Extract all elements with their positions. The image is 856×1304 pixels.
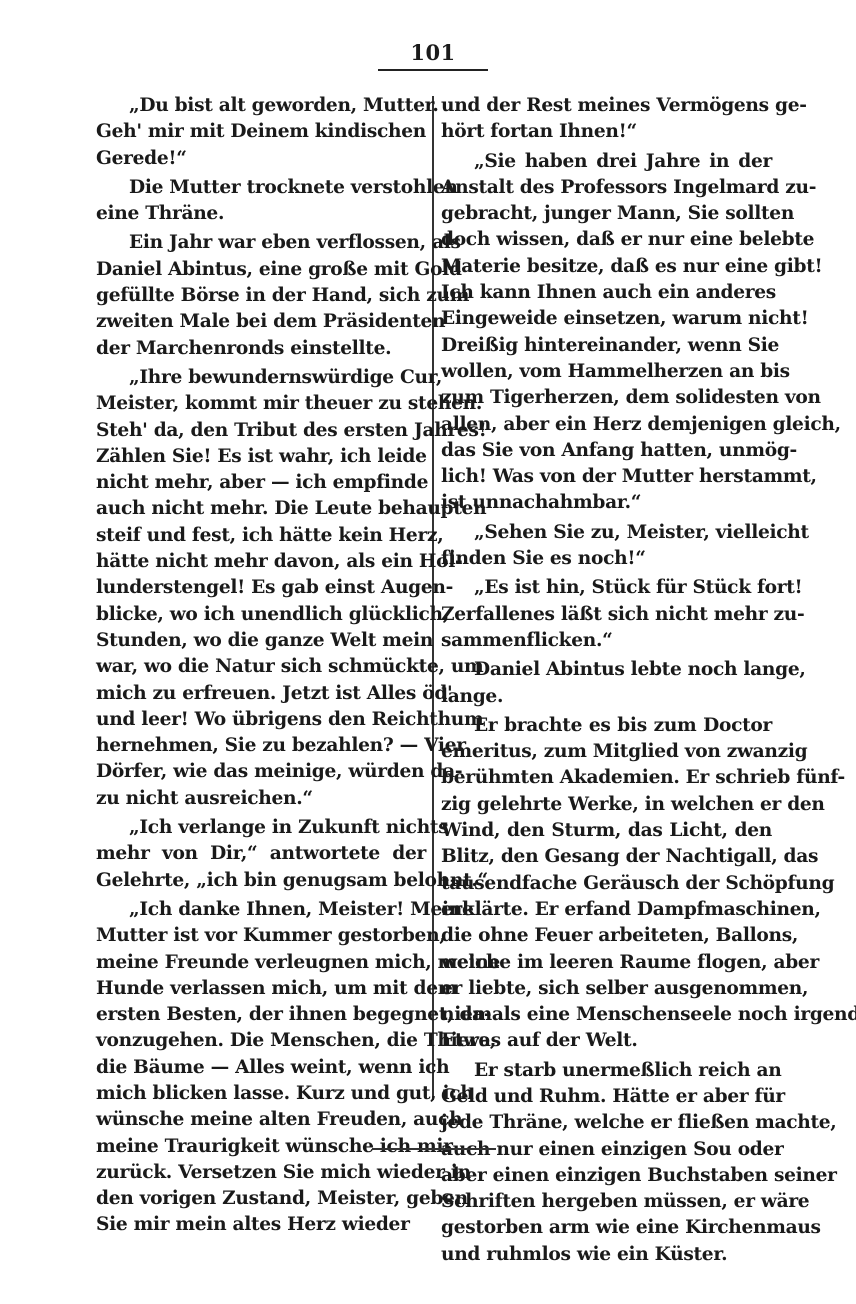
text-line: Er brachte es bis zum Doctor — [441, 713, 772, 739]
text-line: „Du bist alt geworden, Mutter. — [96, 93, 426, 119]
paragraph: „Du bist alt geworden, Mutter.Geh' mir m… — [96, 93, 426, 172]
text-line: den vorigen Zustand, Meister, geben — [96, 1186, 426, 1212]
text-line: wollen, vom Hammelherzen an bis — [441, 359, 772, 385]
header-rule — [378, 69, 488, 71]
text-line: berühmten Akademien. Er schrieb fünf- — [441, 765, 772, 791]
text-line: jede Thräne, welche er fließen machte, — [441, 1110, 772, 1136]
text-line: Ich kann Ihnen auch ein anderes — [441, 280, 772, 306]
text-line: die Bäume — Alles weint, wenn ich — [96, 1055, 426, 1081]
text-line: „Ich danke Ihnen, Meister! Meine — [96, 897, 426, 923]
text-line: ersten Besten, der ihnen begegnet, da- — [96, 1002, 426, 1028]
text-line: meine Freunde verleugnen mich, meine — [96, 950, 426, 976]
text-line: blicke, wo ich unendlich glücklich, — [96, 602, 426, 628]
text-line: Er starb unermeßlich reich an — [441, 1058, 772, 1084]
text-line: emeritus, zum Mitglied von zwanzig — [441, 739, 772, 765]
text-line: Dörfer, wie das meinige, würden da- — [96, 759, 426, 785]
paragraph: „Ich verlange in Zukunft nichtsmehr von … — [96, 815, 426, 894]
text-line: er liebte, sich selber ausgenommen, — [441, 976, 772, 1002]
text-line: mich blicken lasse. Kurz und gut, ich — [96, 1081, 426, 1107]
text-line: Geh' mir mit Deinem kindischen — [96, 119, 426, 145]
text-line: „Sehen Sie zu, Meister, vielleicht — [441, 520, 772, 546]
text-line: finden Sie es noch!“ — [441, 546, 772, 572]
text-line: gestorben arm wie eine Kirchenmaus — [441, 1215, 772, 1241]
text-line: war, wo die Natur sich schmückte, um — [96, 654, 426, 680]
paragraph: Ein Jahr war eben verflossen, alsDaniel … — [96, 230, 426, 361]
text-line: Zerfallenes läßt sich nicht mehr zu- — [441, 602, 772, 628]
text-line: Etwas auf der Welt. — [441, 1028, 772, 1054]
text-line: tausendfache Geräusch der Schöpfung — [441, 871, 772, 897]
text-line: Wind, den Sturm, das Licht, den — [441, 818, 772, 844]
text-line: zu nicht ausreichen.“ — [96, 786, 426, 812]
paragraph: „Sehen Sie zu, Meister, vielleichtfinden… — [441, 520, 772, 573]
text-line: gebracht, junger Mann, Sie sollten — [441, 201, 772, 227]
text-line: hätte nicht mehr davon, als ein Hol- — [96, 549, 426, 575]
text-line: nicht mehr, aber — ich empfinde — [96, 470, 426, 496]
paragraph: Er brachte es bis zum Doctoremeritus, zu… — [441, 713, 772, 1055]
text-line: welche im leeren Raume flogen, aber — [441, 950, 772, 976]
paragraph: „Sie haben drei Jahre in derAnstalt des … — [441, 149, 772, 517]
text-line: eine Thräne. — [96, 201, 426, 227]
paragraph: „Ihre bewundernswürdige Cur,Meister, kom… — [96, 365, 426, 812]
text-line: Steh' da, den Tribut des ersten Jahres! — [96, 418, 426, 444]
page-number: 101 — [378, 40, 488, 65]
text-line: zurück. Versetzen Sie mich wieder in — [96, 1160, 426, 1186]
text-line: erklärte. Er erfand Dampfmaschinen, — [441, 897, 772, 923]
text-line: Schriften hergeben müssen, er wäre — [441, 1189, 772, 1215]
text-line: mehr von Dir,“ antwortete der — [96, 841, 426, 867]
text-line: und ruhmlos wie ein Küster. — [441, 1242, 772, 1268]
text-line: „Ihre bewundernswürdige Cur, — [96, 365, 426, 391]
text-line: Mutter ist vor Kummer gestorben, — [96, 923, 426, 949]
paragraph: „Es ist hin, Stück für Stück fort!Zerfal… — [441, 575, 772, 654]
paragraph: „Ich danke Ihnen, Meister! MeineMutter i… — [96, 897, 426, 1239]
text-line: Daniel Abintus lebte noch lange, — [441, 657, 772, 683]
text-line: und leer! Wo übrigens den Reichthum — [96, 707, 426, 733]
text-line: vonzugehen. Die Menschen, die Thiere, — [96, 1028, 426, 1054]
text-line: lich! Was von der Mutter herstammt, — [441, 464, 772, 490]
end-rule — [372, 1148, 496, 1150]
text-line: meine Traurigkeit wünsche ich mir — [96, 1134, 426, 1160]
text-line: Meister, kommt mir theuer zu stehen. — [96, 391, 426, 417]
text-line: sammenflicken.“ — [441, 628, 772, 654]
text-line: steif und fest, ich hätte kein Herz, — [96, 523, 426, 549]
text-line: zweiten Male bei dem Präsidenten — [96, 309, 426, 335]
text-line: das Sie von Anfang hatten, unmög- — [441, 438, 772, 464]
text-line: zum Tigerherzen, dem solidesten von — [441, 385, 772, 411]
text-line: aber einen einzigen Buchstaben seiner — [441, 1163, 772, 1189]
text-line: Eingeweide einsetzen, warum nicht! — [441, 306, 772, 332]
paragraph: und der Rest meines Vermögens ge-hört fo… — [441, 93, 772, 146]
text-line: doch wissen, daß er nur eine belebte — [441, 227, 772, 253]
paragraph: Daniel Abintus lebte noch lange,lange. — [441, 657, 772, 710]
right-column: und der Rest meines Vermögens ge-hört fo… — [441, 93, 772, 1271]
text-line: und der Rest meines Vermögens ge- — [441, 93, 772, 119]
text-line: mich zu erfreuen. Jetzt ist Alles öd' — [96, 681, 426, 707]
left-column: „Du bist alt geworden, Mutter.Geh' mir m… — [96, 93, 426, 1242]
text-line: gefüllte Börse in der Hand, sich zum — [96, 283, 426, 309]
text-line: zig gelehrte Werke, in welchen er den — [441, 792, 772, 818]
text-line: hernehmen, Sie zu bezahlen? — Vier — [96, 733, 426, 759]
text-line: wünsche meine alten Freuden, auch — [96, 1107, 426, 1133]
text-line: allen, aber ein Herz demjenigen gleich, — [441, 412, 772, 438]
text-line: Die Mutter trocknete verstohlen — [96, 175, 426, 201]
text-line: niemals eine Menschenseele noch irgend — [441, 1002, 772, 1028]
paragraph: Die Mutter trocknete verstohleneine Thrä… — [96, 175, 426, 228]
text-line: Stunden, wo die ganze Welt mein — [96, 628, 426, 654]
paragraph: Er starb unermeßlich reich anGeld und Ru… — [441, 1058, 772, 1268]
text-line: Dreißig hintereinander, wenn Sie — [441, 333, 772, 359]
text-line: Materie besitze, daß es nur eine gibt! — [441, 254, 772, 280]
text-line: auch nicht mehr. Die Leute behaupten — [96, 496, 426, 522]
text-line: Zählen Sie! Es ist wahr, ich leide — [96, 444, 426, 470]
text-line: lange. — [441, 684, 772, 710]
text-line: Gerede!“ — [96, 146, 426, 172]
text-line: hört fortan Ihnen!“ — [441, 119, 772, 145]
text-line: Hunde verlassen mich, um mit dem — [96, 976, 426, 1002]
text-line: Geld und Ruhm. Hätte er aber für — [441, 1084, 772, 1110]
text-line: die ohne Feuer arbeiteten, Ballons, — [441, 923, 772, 949]
text-line: Sie mir mein altes Herz wieder — [96, 1212, 426, 1238]
text-line: Blitz, den Gesang der Nachtigall, das — [441, 844, 772, 870]
text-line: Anstalt des Professors Ingelmard zu- — [441, 175, 772, 201]
text-line: Gelehrte, „ich bin genugsam belohnt.“ — [96, 868, 426, 894]
text-line: Ein Jahr war eben verflossen, als — [96, 230, 426, 256]
text-line: der Marchenronds einstellte. — [96, 336, 426, 362]
text-line: „Sie haben drei Jahre in der — [441, 149, 772, 175]
text-line: „Es ist hin, Stück für Stück fort! — [441, 575, 772, 601]
text-line: „Ich verlange in Zukunft nichts — [96, 815, 426, 841]
text-line: ist unnachahmbar.“ — [441, 490, 772, 516]
text-line: lunderstengel! Es gab einst Augen- — [96, 575, 426, 601]
text-line: Daniel Abintus, eine große mit Gold — [96, 257, 426, 283]
